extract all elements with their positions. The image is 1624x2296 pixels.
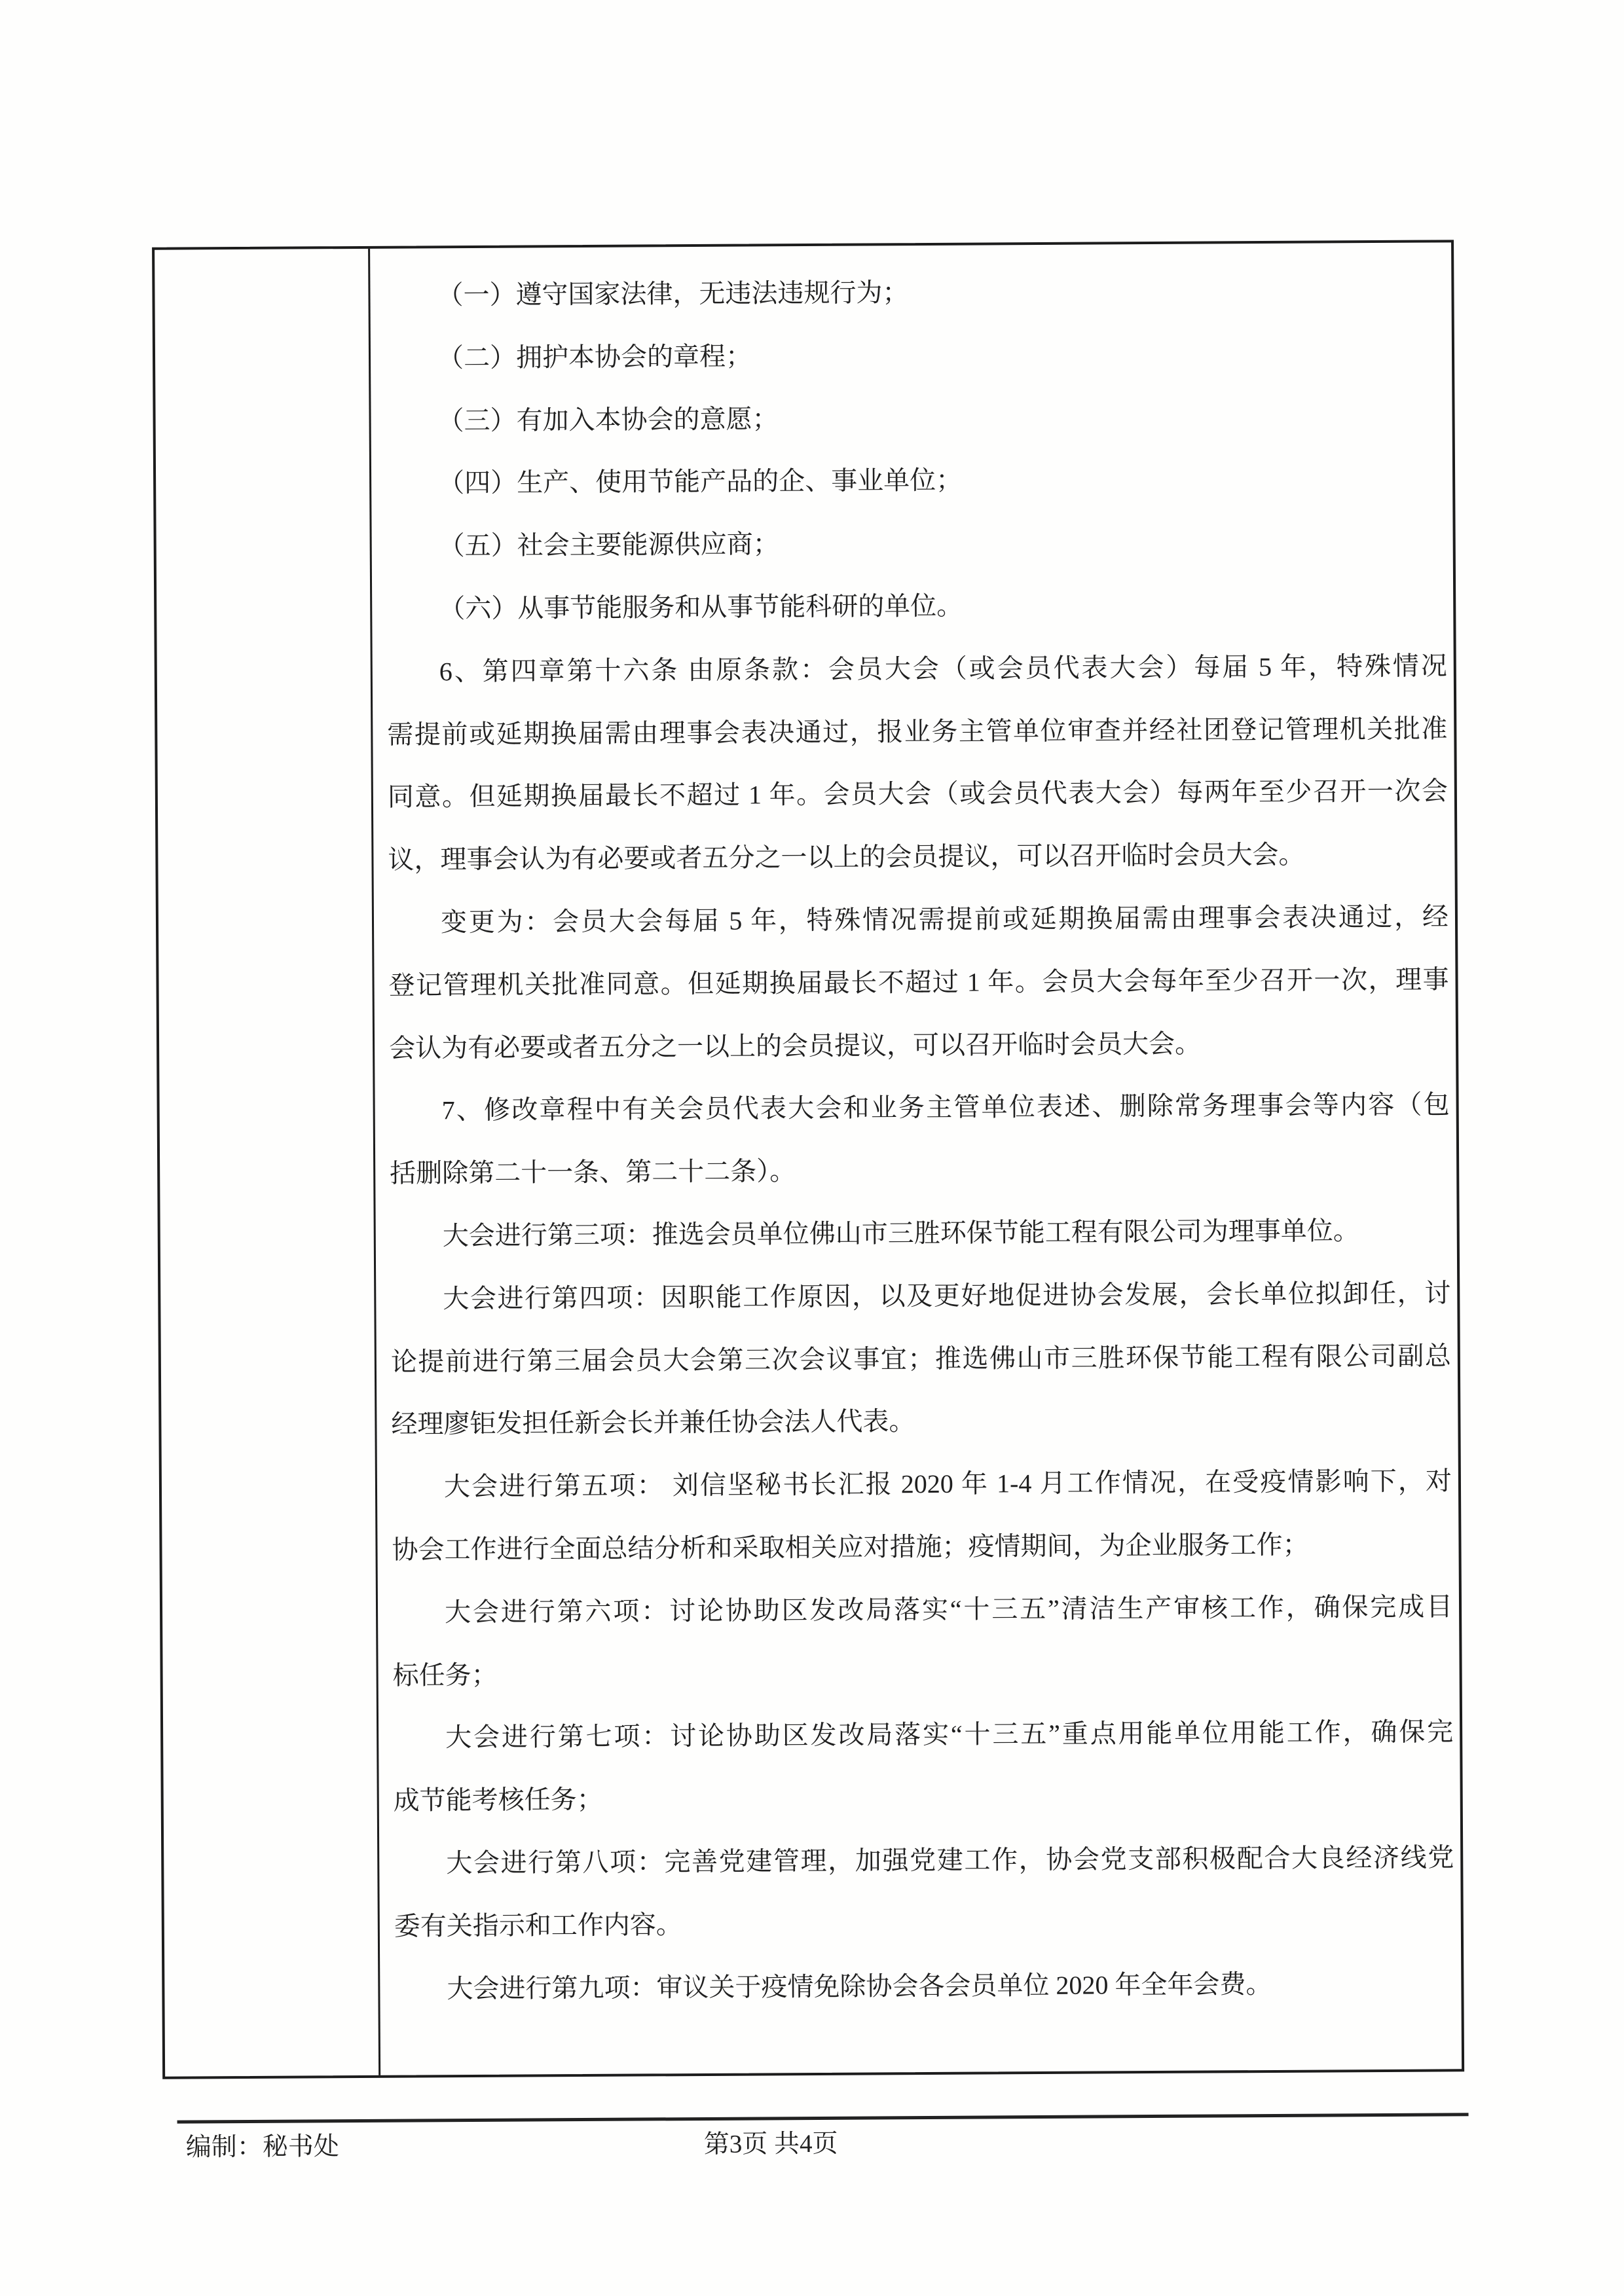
content-line-26: 大会进行第八项：完善党建管理，加强党建工作，协会党支部积极配合大良经济线党 xyxy=(394,1826,1454,1895)
footer-prepared-by: 编制：秘书处 xyxy=(186,2132,339,2162)
scan-skew-wrapper: （一）遵守国家法律，无违法违规行为；（二）拥护本协会的章程；（三）有加入本协会的… xyxy=(0,0,1624,2296)
content-line-5: （五）社会主要能源供应商； xyxy=(386,509,1447,578)
content-line-24: 大会进行第七项：讨论协助区发改局落实“十三五”重点用能单位用能工作，确保完 xyxy=(393,1701,1454,1770)
content-line-18: 论提前进行第三届会员大会第三次会议事宜；推选佛山市三胜环保节能工程有限公司副总 xyxy=(391,1324,1452,1393)
content-line-2: （二）拥护本协会的章程； xyxy=(385,321,1446,390)
minutes-table: （一）遵守国家法律，无违法违规行为；（二）拥护本协会的章程；（三）有加入本协会的… xyxy=(152,240,1464,2079)
content-line-13: 会认为有必要或者五分之一以上的会员提议，可以召开临时会员大会。 xyxy=(389,1011,1450,1080)
content-line-27: 委有关指示和工作内容。 xyxy=(394,1889,1455,1958)
scanned-document-page: （一）遵守国家法律，无违法违规行为；（二）拥护本协会的章程；（三）有加入本协会的… xyxy=(0,0,1624,2296)
content-line-28: 大会进行第九项：审议关于疫情免除协会各会员单位 2020 年全年会费。 xyxy=(394,1952,1455,2020)
content-line-14: 7、修改章程中有关会员代表大会和业务主管单位表述、删除常务理事会等内容（包 xyxy=(389,1074,1450,1142)
content-line-16: 大会进行第三项：推选会员单位佛山市三胜环保节能工程有限公司为理事单位。 xyxy=(390,1199,1450,1267)
content-line-23: 标任务； xyxy=(392,1638,1453,1707)
content-line-19: 经理廖钜发担任新会长并兼任协会法人代表。 xyxy=(391,1387,1452,1456)
content-line-22: 大会进行第六项：讨论协助区发改局落实“十三五”清洁生产审核工作，确保完成目 xyxy=(392,1575,1453,1644)
content-line-11: 变更为：会员大会每届 5 年，特殊情况需提前或延期换届需由理事会表决通过，经 xyxy=(388,885,1449,954)
content-line-4: （四）生产、使用节能产品的企、事业单位； xyxy=(386,446,1447,515)
content-line-25: 成节能考核任务； xyxy=(393,1763,1454,1832)
content-line-8: 需提前或延期换届需由理事会表决通过，报业务主管单位审查并经社团登记管理机关批准 xyxy=(387,697,1448,766)
footer-rule xyxy=(177,2113,1469,2123)
content-line-12: 登记管理机关批准同意。但延期换届最长不超过 1 年。会员大会每年至少召开一次，理… xyxy=(388,948,1449,1017)
content-line-21: 协会工作进行全面总结分析和采取相关应对措施；疫情期间，为企业服务工作； xyxy=(392,1512,1452,1581)
table-left-cell xyxy=(155,249,380,2077)
footer-page-number: 第3页 共4页 xyxy=(704,2129,838,2160)
content-line-9: 同意。但延期换届最长不超过 1 年。会员大会（或会员代表大会）每两年至少召开一次… xyxy=(388,760,1449,829)
content-line-15: 括删除第二十一条、第二十二条）。 xyxy=(390,1137,1450,1205)
content-line-3: （三）有加入本协会的意愿； xyxy=(385,384,1446,452)
content-line-17: 大会进行第四项：因职能工作原因，以及更好地促进协会发展，会长单位拟卸任，讨 xyxy=(390,1262,1451,1330)
table-content-cell: （一）遵守国家法律，无违法违规行为；（二）拥护本协会的章程；（三）有加入本协会的… xyxy=(370,242,1462,2075)
content-line-7: 6、第四章第十六条 由原条款：会员大会（或会员代表大会）每届 5 年，特殊情况 xyxy=(387,634,1448,703)
content-line-20: 大会进行第五项： 刘信坚秘书长汇报 2020 年 1-4 月工作情况，在受疫情影… xyxy=(392,1450,1452,1519)
content-line-1: （一）遵守国家法律，无违法违规行为； xyxy=(384,258,1445,327)
content-line-10: 议，理事会认为有必要或者五分之一以上的会员提议，可以召开临时会员大会。 xyxy=(388,823,1449,892)
content-line-6: （六）从事节能服务和从事节能科研的单位。 xyxy=(386,572,1447,640)
